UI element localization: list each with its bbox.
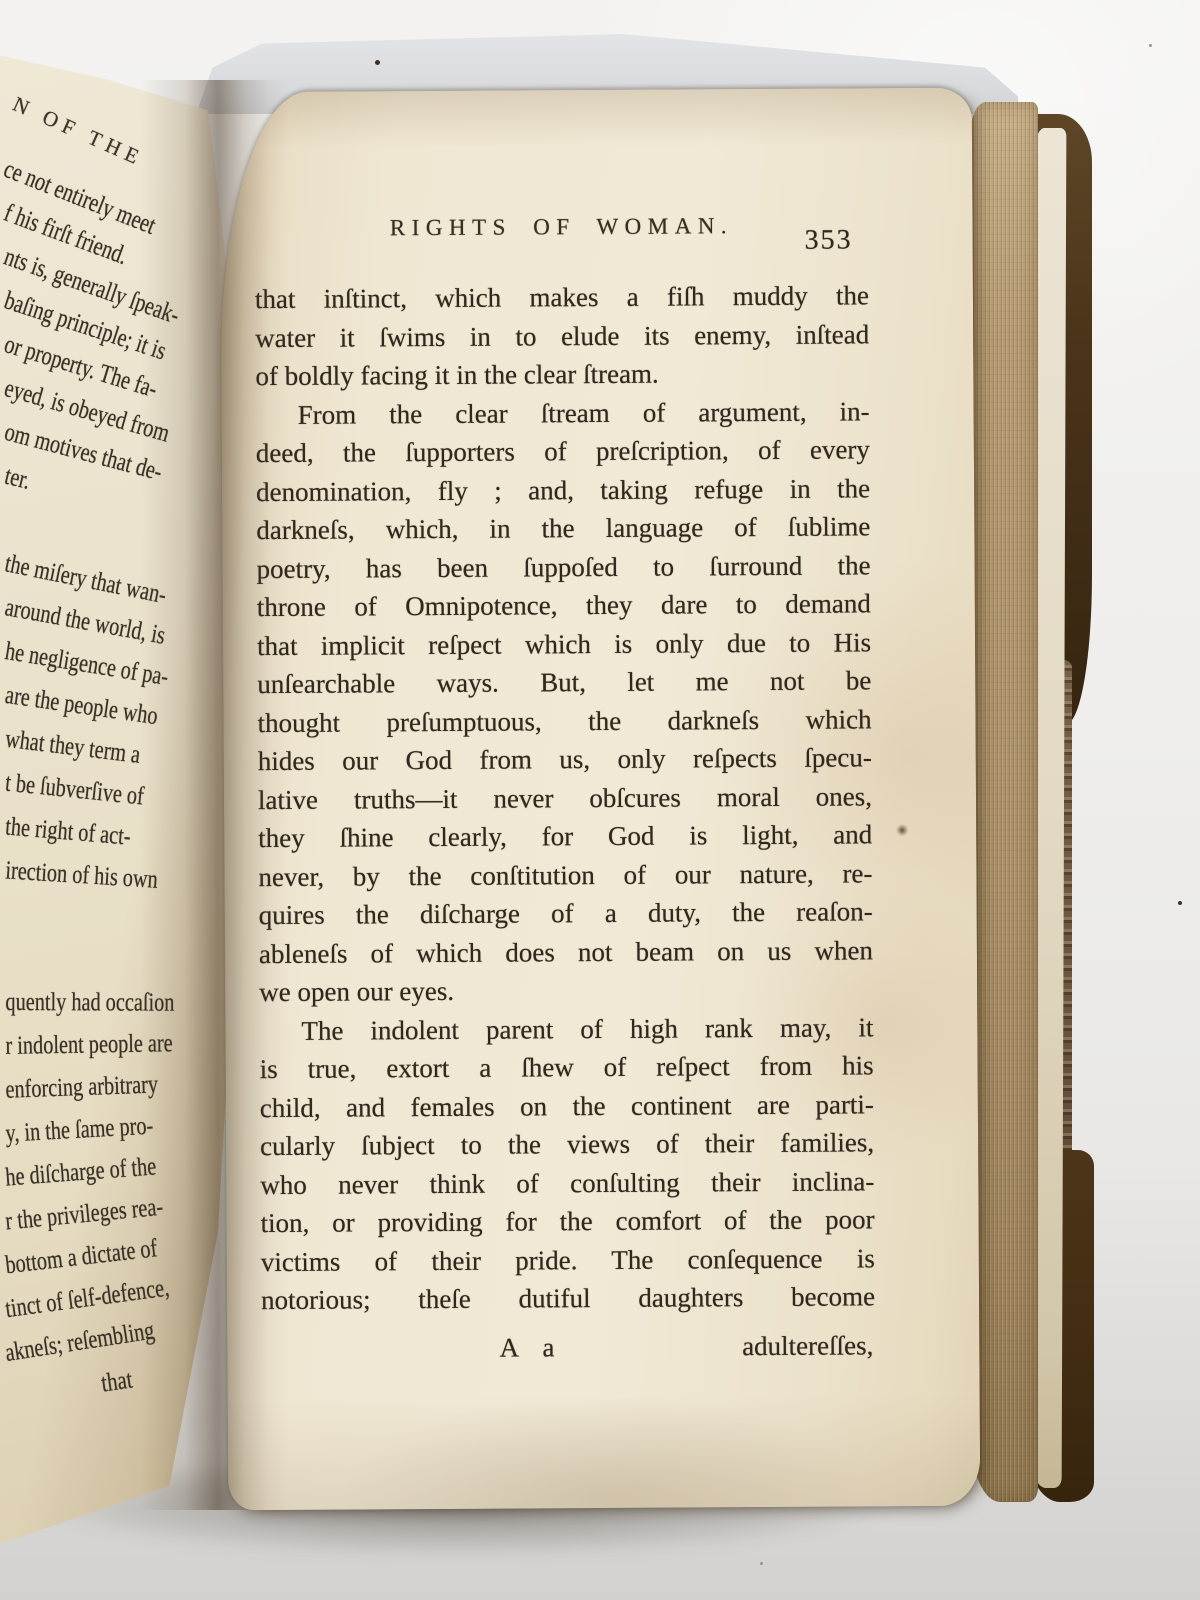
text-line: cularly ſubject to the views of their fa… (260, 1123, 874, 1165)
speck (1149, 44, 1152, 47)
text-line: From the clear ſtream of argument, in- (256, 392, 870, 434)
gathering-signature: A a (500, 1332, 564, 1363)
text-line: who never think of conſulting their incl… (260, 1162, 874, 1204)
left-page-line: r indolent people are (0, 1021, 189, 1068)
text-line: unſearchable ways. But, let me not be (257, 661, 871, 703)
text-line: quires the diſcharge of a duty, the reaſ… (259, 892, 873, 934)
running-header: RIGHTS OF WOMAN. 353 (254, 212, 868, 258)
text-line: thought preſumptuous, the darkneſs which (257, 700, 871, 742)
text-line: hides our God from us, only reſpects ſpe… (258, 738, 872, 780)
text-line: that implicit reſpect which is only due … (257, 623, 871, 665)
text-line: of boldly facing it in the clear ſtream. (255, 353, 869, 395)
text-line: throne of Omnipotence, they dare to dema… (257, 584, 871, 626)
text-line: notorious; theſe dutiful daughters becom… (261, 1277, 875, 1319)
right-page: RIGHTS OF WOMAN. 353 that inſtinct, whic… (220, 88, 981, 1511)
text-line: is true, extort a ſhew of reſpect from h… (260, 1046, 874, 1088)
text-line: tion, or providing for the comfort of th… (260, 1200, 874, 1242)
text-line: they ſhine clearly, for God is light, an… (258, 815, 872, 857)
text-line: child, and females on the continent are … (260, 1085, 874, 1127)
speck (1178, 901, 1182, 905)
text-line: deed, the ſupporters of preſcription, of… (256, 430, 870, 472)
catchword: adultereſſes, (742, 1330, 873, 1362)
left-page-line: quently had occaſion (0, 980, 189, 1025)
text-line: poetry, has been ſuppoſed to ſurround th… (256, 546, 870, 588)
text-line: we open our eyes. (259, 969, 873, 1011)
text-line: The indolent parent of high rank may, it (259, 1008, 873, 1050)
right-page-text: RIGHTS OF WOMAN. 353 that inſtinct, whic… (254, 212, 875, 1373)
text-line: ableneſs of which does not beam on us wh… (259, 931, 873, 973)
speck (760, 1562, 763, 1565)
speck (375, 60, 380, 65)
running-header-title: RIGHTS OF WOMAN. (254, 212, 868, 242)
left-page-lines: ce not entirely meetf his firſt friend.n… (0, 144, 242, 1376)
fore-edge (970, 102, 1038, 1502)
text-line: lative truths—it never obſcures moral on… (258, 777, 872, 819)
right-page-lines: that inſtinct, which makes a fiſh muddy … (255, 276, 875, 1319)
text-line: denomination, fly ; and, taking refuge i… (256, 469, 870, 511)
text-line: that inſtinct, which makes a fiſh muddy … (255, 276, 869, 318)
left-page: N OF THE ce not entirely meetf his firſt… (0, 28, 242, 1553)
text-line: never, by the conſtitution of our nature… (258, 854, 872, 896)
text-line: water it ſwims in to elude its enemy, in… (255, 315, 869, 357)
text-line: darkneſs, which, in the language of ſubl… (256, 507, 870, 549)
signature-row: A a adultereſſes, (261, 1330, 875, 1374)
left-page-text: N OF THE ce not entirely meetf his firſt… (0, 86, 242, 1420)
book-photo: { "book": { "left_page": { "header_fragm… (0, 0, 1200, 1600)
text-line: victims of their pride. The conſequence … (261, 1239, 875, 1281)
page-number: 353 (804, 224, 852, 256)
